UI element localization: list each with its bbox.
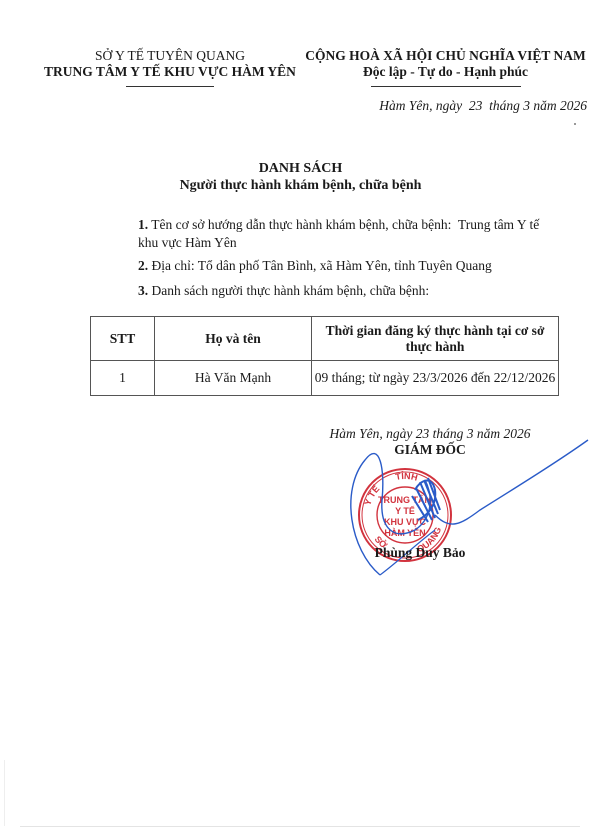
header-right-rule [371,86,521,87]
header-stt: STT [91,317,155,361]
item-3-text: Danh sách người thực hành khám bệnh, chữ… [148,283,429,298]
svg-text:KHU VỰC: KHU VỰC [384,517,426,527]
header-left-rule [126,86,214,87]
document-title: DANH SÁCH Người thực hành khám bệnh, chữ… [0,160,591,194]
title-main: DANH SÁCH [0,160,591,177]
signature-date: Hàm Yên, ngày 23 tháng 3 năm 2026 [310,426,550,442]
cell-period: 09 tháng; từ ngày 23/3/2026 đến 22/12/20… [312,361,559,396]
table-row: 1 Hà Văn Mạnh 09 tháng; từ ngày 23/3/202… [91,361,559,396]
svg-text:Y TẾ: Y TẾ [395,506,415,516]
scan-speck [574,123,576,125]
item-3-number: 3. [138,283,148,298]
cell-stt: 1 [91,361,155,396]
header-period: Thời gian đăng ký thực hành tại cơ sở th… [312,317,559,361]
department-name: SỞ Y TẾ TUYÊN QUANG [40,48,300,64]
header-right: CỘNG HOÀ XÃ HỘI CHỦ NGHĨA VIỆT NAM Độc l… [300,48,591,87]
cell-name: Hà Văn Mạnh [155,361,312,396]
table-header-row: STT Họ và tên Thời gian đăng ký thực hàn… [91,317,559,361]
item-2: 2. Địa chỉ: Tổ dân phố Tân Bình, xã Hàm … [138,257,568,275]
item-2-number: 2. [138,258,148,273]
title-subtitle: Người thực hành khám bệnh, chữa bệnh [0,177,591,194]
header-left: SỞ Y TẾ TUYÊN QUANG TRUNG TÂM Y TẾ KHU V… [40,48,300,87]
nation-name: CỘNG HOÀ XÃ HỘI CHỦ NGHĨA VIỆT NAM [300,48,591,64]
svg-text:HÀM YÊN: HÀM YÊN [384,527,425,538]
organization-name: TRUNG TÂM Y TẾ KHU VỰC HÀM YÊN [40,64,300,80]
header-name: Họ và tên [155,317,312,361]
signer-title: GIÁM ĐỐC [310,442,550,458]
item-3: 3. Danh sách người thực hành khám bệnh, … [138,282,568,300]
item-1-number: 1. [138,217,148,232]
scan-edge [4,760,5,826]
practitioner-table: STT Họ và tên Thời gian đăng ký thực hàn… [90,316,559,396]
signer-name: Phùng Duy Bảo [320,545,520,561]
document-date: Hàm Yên, ngày 23 tháng 3 năm 2026 [352,98,587,114]
item-1-text: Tên cơ sở hướng dẫn thực hành khám bệnh,… [138,217,543,250]
item-2-text: Địa chỉ: Tổ dân phố Tân Bình, xã Hàm Yên… [148,258,492,273]
scan-bottom-edge [20,826,580,827]
svg-text:TRUNG TÂM: TRUNG TÂM [378,494,432,505]
svg-text:TỈNH: TỈNH [395,470,419,483]
national-motto: Độc lập - Tự do - Hạnh phúc [300,64,591,80]
item-1: 1. Tên cơ sở hướng dẫn thực hành khám bệ… [90,216,560,252]
